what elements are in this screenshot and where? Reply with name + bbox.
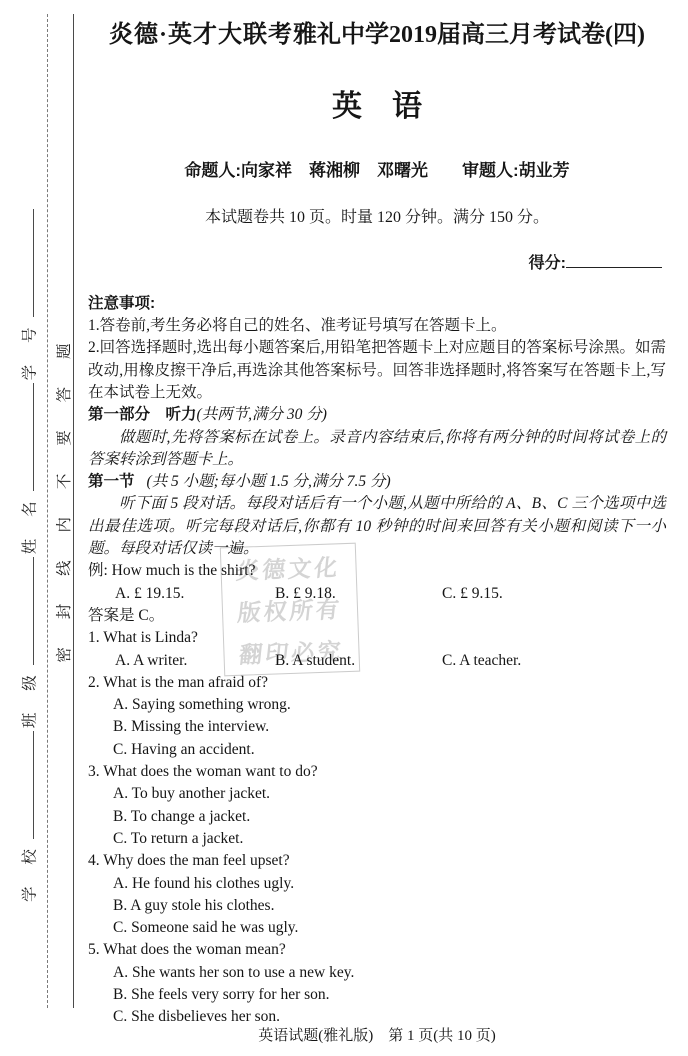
question-line: 5. What does the woman mean? — [88, 939, 666, 961]
option-item: B. A student. — [275, 650, 442, 672]
setters-row: 命题人:向家祥 蒋湘柳 邓曙光审题人:胡业芳 — [88, 160, 666, 182]
score-row: 得分: — [88, 250, 666, 275]
example-option: B. £ 9.18. — [275, 583, 442, 605]
option-item: C. A teacher. — [442, 650, 521, 672]
question-prompt: What does the woman want to do? — [103, 763, 317, 780]
exam-body: 注意事项: 1.答卷前,考生务必将自己的姓名、准考证号填写在答题卡上。2.回答选… — [88, 293, 666, 1029]
section1-heading-title: 第一节 — [88, 473, 135, 490]
seal-dashed-line — [47, 14, 48, 1008]
sidebar-field-label: 姓 名 — [21, 492, 38, 554]
sidebar-field-blank — [17, 557, 34, 665]
sidebar-field-label: 学 号 — [21, 318, 38, 380]
question-number: 3. — [88, 763, 103, 780]
question-prompt: Why does the man feel upset? — [103, 852, 289, 869]
notice-item: 1.答卷前,考生务必将自己的姓名、准考证号填写在答题卡上。 — [88, 315, 666, 337]
part1-heading-title: 第一部分 听力 — [88, 406, 197, 423]
part1-intro: 做题时,先将答案标在试卷上。录音内容结束后,你将有两分钟的时间将试卷上的答案转涂… — [88, 427, 666, 472]
question-prompt: What does the woman mean? — [103, 941, 286, 958]
option-item: B. A guy stole his clothes. — [88, 895, 666, 917]
title-rest: 雅礼中学2019届高三月考试卷(四) — [293, 22, 645, 48]
subject-title: 英 语 — [88, 90, 666, 124]
option-item: A. A writer. — [115, 650, 275, 672]
notice-heading: 注意事项: — [88, 293, 666, 315]
notice-item: 2.回答选择题时,选出每小题答案后,用铅笔把答题卡上对应题目的答案标号涂黑。如需… — [88, 337, 666, 404]
question-line: 4. Why does the man feel upset? — [88, 850, 666, 872]
exam-sheet: { "page": { "title_brand": "炎德·英才大联考", "… — [0, 0, 688, 1056]
sidebar-field-label: 班 级 — [21, 666, 38, 728]
seal-warning-text: 密 封 线 内 不 要 答 题 — [55, 316, 75, 678]
sidebar-student-fields: 学 校班 级姓 名学 号 — [17, 130, 42, 902]
option-item: A. She wants her son to use a new key. — [88, 962, 666, 984]
section1-heading: 第一节(共 5 小题;每小题 1.5 分,满分 7.5 分) — [88, 471, 666, 493]
example-option: C. £ 9.15. — [442, 583, 503, 605]
question-number: 4. — [88, 852, 103, 869]
score-label: 得分: — [529, 255, 566, 272]
example-answer-note: 答案是 C。 — [88, 605, 666, 627]
sidebar-field-label: 学 校 — [21, 840, 38, 902]
exam-content: 炎德·英才大联考雅礼中学2019届高三月考试卷(四) 英 语 命题人:向家祥 蒋… — [88, 0, 666, 1029]
question-number: 2. — [88, 674, 103, 691]
option-item: B. Missing the interview. — [88, 716, 666, 738]
title-brand: 炎德·英才大联考 — [109, 22, 293, 48]
part1-heading-detail: (共两节,满分 30 分) — [197, 406, 327, 423]
score-blank-line — [566, 250, 662, 268]
question-line: 2. What is the man afraid of? — [88, 672, 666, 694]
example-option: A. £ 19.15. — [115, 583, 275, 605]
part1-heading: 第一部分 听力(共两节,满分 30 分) — [88, 404, 666, 426]
question-options-row: A. A writer.B. A student.C. A teacher. — [88, 650, 666, 672]
reviewer-line: 审题人:胡业芳 — [462, 161, 570, 180]
question-number: 5. — [88, 941, 103, 958]
notice-items: 1.答卷前,考生务必将自己的姓名、准考证号填写在答题卡上。2.回答选择题时,选出… — [88, 315, 666, 404]
sidebar-field-blank — [17, 209, 34, 317]
page-title: 炎德·英才大联考雅礼中学2019届高三月考试卷(四) — [88, 20, 666, 50]
option-item: B. To change a jacket. — [88, 806, 666, 828]
page-footer: 英语试题(雅礼版) 第 1 页(共 10 页) — [88, 1026, 666, 1046]
question-line: 3. What does the woman want to do? — [88, 761, 666, 783]
option-item: C. Someone said he was ugly. — [88, 917, 666, 939]
question-number: 1. — [88, 629, 103, 646]
question-prompt: What is the man afraid of? — [103, 674, 268, 691]
question-list: 1. What is Linda?A. A writer.B. A studen… — [88, 627, 666, 1028]
section1-intro: 听下面 5 段对话。每段对话后有一个小题,从题中所给的 A、B、C 三个选项中选… — [88, 493, 666, 560]
question-line: 1. What is Linda? — [88, 627, 666, 649]
option-item: C. Having an accident. — [88, 739, 666, 761]
section1-heading-detail: (共 5 小题;每小题 1.5 分,满分 7.5 分) — [147, 473, 391, 490]
option-item: A. Saying something wrong. — [88, 694, 666, 716]
option-item: B. She feels very sorry for her son. — [88, 984, 666, 1006]
option-item: C. To return a jacket. — [88, 828, 666, 850]
sidebar-field-blank — [17, 731, 34, 839]
example-prompt: 例: How much is the shirt? — [88, 560, 666, 582]
paper-info: 本试题卷共 10 页。时量 120 分钟。满分 150 分。 — [88, 207, 666, 228]
option-item: A. To buy another jacket. — [88, 783, 666, 805]
example-options: A. £ 19.15.B. £ 9.18.C. £ 9.15. — [88, 583, 666, 605]
option-item: A. He found his clothes ugly. — [88, 873, 666, 895]
question-prompt: What is Linda? — [103, 629, 198, 646]
setters-line: 命题人:向家祥 蒋湘柳 邓曙光 — [184, 161, 428, 180]
sidebar-field-blank — [17, 383, 34, 491]
